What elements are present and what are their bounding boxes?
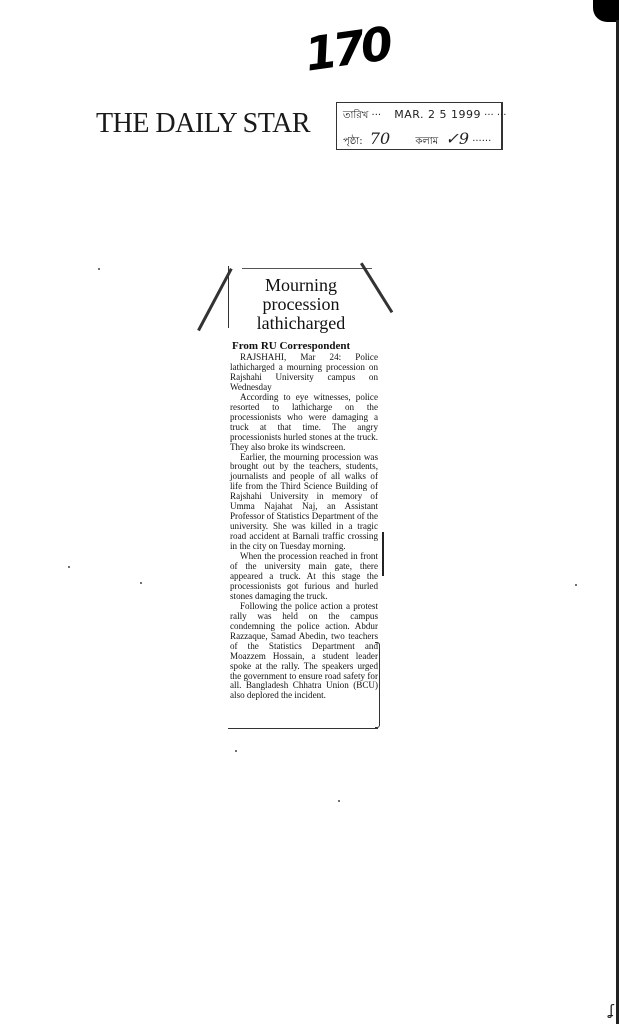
scan-speck xyxy=(140,582,142,584)
scan-speck xyxy=(338,800,340,802)
clipping-bracket-right xyxy=(375,642,380,728)
scan-speck xyxy=(68,566,70,568)
scan-speck xyxy=(98,268,100,270)
article-byline: From RU Correspondent xyxy=(232,340,382,352)
stamp-date-trail: ··· ··· xyxy=(484,110,506,121)
archive-date-stamp: তারিখ ··· MAR. 2 5 1999 ··· ··· পৃষ্ঠা: … xyxy=(336,102,503,150)
scan-corner-mark-bottom: ʆ xyxy=(609,1003,614,1019)
stamp-page-label: পৃষ্ঠা: xyxy=(343,136,363,147)
stamp-column-trail: ······ xyxy=(472,136,491,147)
news-clipping: Mourning procession lathicharged From RU… xyxy=(222,262,380,732)
article-paragraph: When the procession reached in front of … xyxy=(230,552,378,602)
article-paragraph: Earlier, the mourning procession was bro… xyxy=(230,453,378,553)
stamp-column-label: কলাম xyxy=(415,136,438,147)
clipping-frame-top xyxy=(242,268,372,269)
scan-speck xyxy=(575,584,577,586)
article-paragraph: Following the police action a protest ra… xyxy=(230,602,378,702)
margin-mark xyxy=(382,532,384,576)
stamp-date-row: তারিখ ··· MAR. 2 5 1999 ··· ··· xyxy=(343,108,506,125)
article-headline: Mourning procession lathicharged xyxy=(246,276,356,333)
cut-mark-right xyxy=(360,262,393,313)
clipping-frame-bottom xyxy=(228,728,378,729)
stamp-date-value: MAR. 2 5 1999 xyxy=(394,108,481,121)
article-paragraph: RAJSHAHI, Mar 24: Police lathicharged a … xyxy=(230,353,378,393)
stamp-date-label: তারিখ ··· xyxy=(343,110,381,121)
article-body: RAJSHAHI, Mar 24: Police lathicharged a … xyxy=(230,353,378,701)
scan-corner-mark xyxy=(593,0,619,22)
newspaper-masthead: THE DAILY STAR xyxy=(96,108,310,140)
handwritten-page-number: 170 xyxy=(302,16,393,81)
article-paragraph: According to eye witnesses, police resor… xyxy=(230,393,378,453)
stamp-page-value: 70 xyxy=(370,129,390,148)
stamp-column-value: ✓9 xyxy=(445,129,469,148)
scan-speck xyxy=(235,750,237,752)
stamp-page-row: পৃষ্ঠা: 70 কলাম ✓9 ······ xyxy=(343,129,491,151)
